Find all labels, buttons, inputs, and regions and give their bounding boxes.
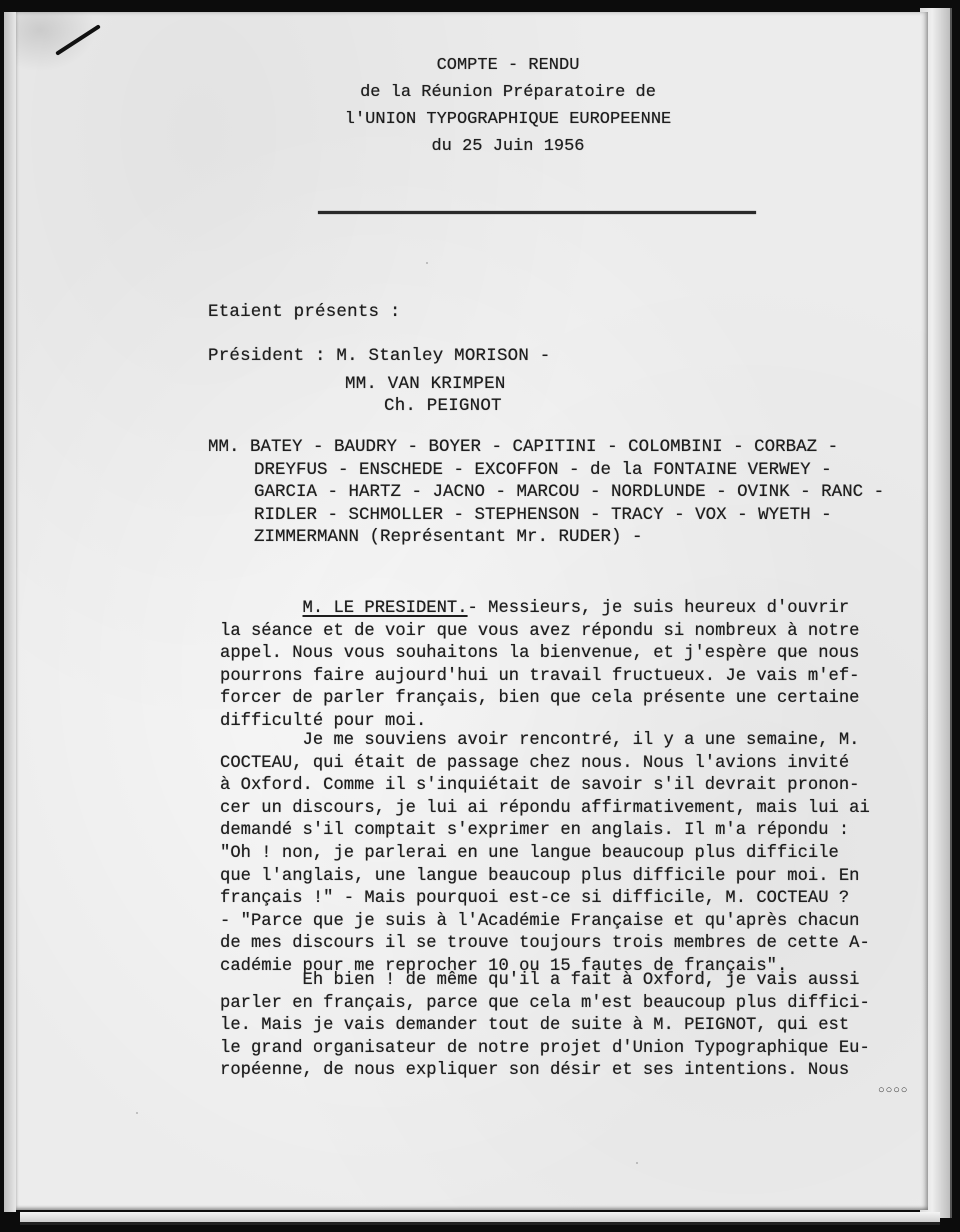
vice-president-2: Ch. PEIGNOT — [384, 396, 502, 416]
typewritten-page: COMPTE - RENDU de la Réunion Préparatoir… — [16, 12, 928, 1210]
attendee-list: MM. BATEY - BAUDRY - BOYER - CAPITINI - … — [208, 436, 884, 549]
president-line: Président : M. Stanley MORISON - — [208, 346, 550, 366]
paper-speck — [136, 1112, 138, 1114]
attendance-label: Etaient présents : — [208, 302, 401, 322]
attendee-row: GARCIA - HARTZ - JACNO - MARCOU - NORDLU… — [208, 481, 884, 504]
paragraph-line: M. LE PRESIDENT.- Messieurs, je suis heu… — [220, 598, 928, 621]
title-line-1: COMPTE - RENDU — [16, 52, 928, 79]
continuation-mark: ○○○○ — [878, 1085, 908, 1097]
paragraph-line: la séance et de voir que vous avez répon… — [220, 621, 928, 644]
document-title: COMPTE - RENDU de la Réunion Préparatoir… — [16, 52, 928, 160]
paragraph-line: Je me souviens avoir rencontré, il y a u… — [220, 730, 928, 753]
title-date: du 25 Juin 1956 — [16, 133, 928, 160]
attendee-row: ZIMMERMANN (Représentant Mr. RUDER) - — [208, 526, 884, 549]
paragraph-line: cer un discours, je lui ai répondu affir… — [220, 798, 928, 821]
paragraph-president-opening: M. LE PRESIDENT.- Messieurs, je suis heu… — [220, 598, 928, 734]
paragraph-line: le. Mais je vais demander tout de suite … — [220, 1015, 928, 1038]
paragraph-line: demandé s'il comptait s'exprimer en angl… — [220, 820, 928, 843]
paragraph-line: Eh bien ! de même qu'il a fait à Oxford,… — [220, 970, 928, 993]
paragraph-line: appel. Nous vous souhaitons la bienvenue… — [220, 643, 928, 666]
paper-speck — [796, 652, 798, 654]
attendee-row: MM. BATEY - BAUDRY - BOYER - CAPITINI - … — [208, 436, 884, 459]
paragraph-line: pourrons faire aujourd'hui un travail fr… — [220, 666, 928, 689]
paragraph-line: forcer de parler français, bien que cela… — [220, 688, 928, 711]
paragraph-line: "Oh ! non, je parlerai en une langue bea… — [220, 843, 928, 866]
attendee-row: DREYFUS - ENSCHEDE - EXCOFFON - de la FO… — [208, 459, 884, 482]
paragraph-introduce-peignot: Eh bien ! de même qu'il a fait à Oxford,… — [220, 970, 928, 1083]
paragraph-line: - "Parce que je suis à l'Académie França… — [220, 911, 928, 934]
paragraph-line: de mes discours il se trouve toujours tr… — [220, 933, 928, 956]
attendee-row: RIDLER - SCHMOLLER - STEPHENSON - TRACY … — [208, 504, 884, 527]
paragraph-line: français !" - Mais pourquoi est-ce si di… — [220, 888, 928, 911]
paragraph-line: à Oxford. Comme il s'inquiétait de savoi… — [220, 775, 928, 798]
left-binding-edge — [4, 12, 16, 1212]
speaker-name: M. LE PRESIDENT. — [303, 599, 468, 618]
vice-president-1: MM. VAN KRIMPEN — [345, 374, 506, 394]
scanned-page: COMPTE - RENDU de la Réunion Préparatoir… — [0, 0, 960, 1232]
paper-speck — [636, 1162, 638, 1164]
paper-speck — [426, 262, 428, 264]
paragraph-line: parler en français, parce que cela m'est… — [220, 993, 928, 1016]
title-line-2: de la Réunion Préparatoire de — [16, 79, 928, 106]
underlying-sheet-bottom-edge — [20, 1212, 940, 1225]
title-line-3: l'UNION TYPOGRAPHIQUE EUROPEENNE — [16, 106, 928, 133]
paragraph-line: que l'anglais, une langue beaucoup plus … — [220, 866, 928, 889]
paragraph-line: ropéenne, de nous expliquer son désir et… — [220, 1060, 928, 1083]
paragraph-cocteau-anecdote: Je me souviens avoir rencontré, il y a u… — [220, 730, 928, 979]
paragraph-line: le grand organisateur de notre projet d'… — [220, 1038, 928, 1061]
title-underline-rule — [318, 211, 756, 214]
paragraph-line-text: - Messieurs, je suis heureux d'ouvrir — [468, 599, 850, 618]
paragraph-line: COCTEAU, qui était de passage chez nous.… — [220, 753, 928, 776]
